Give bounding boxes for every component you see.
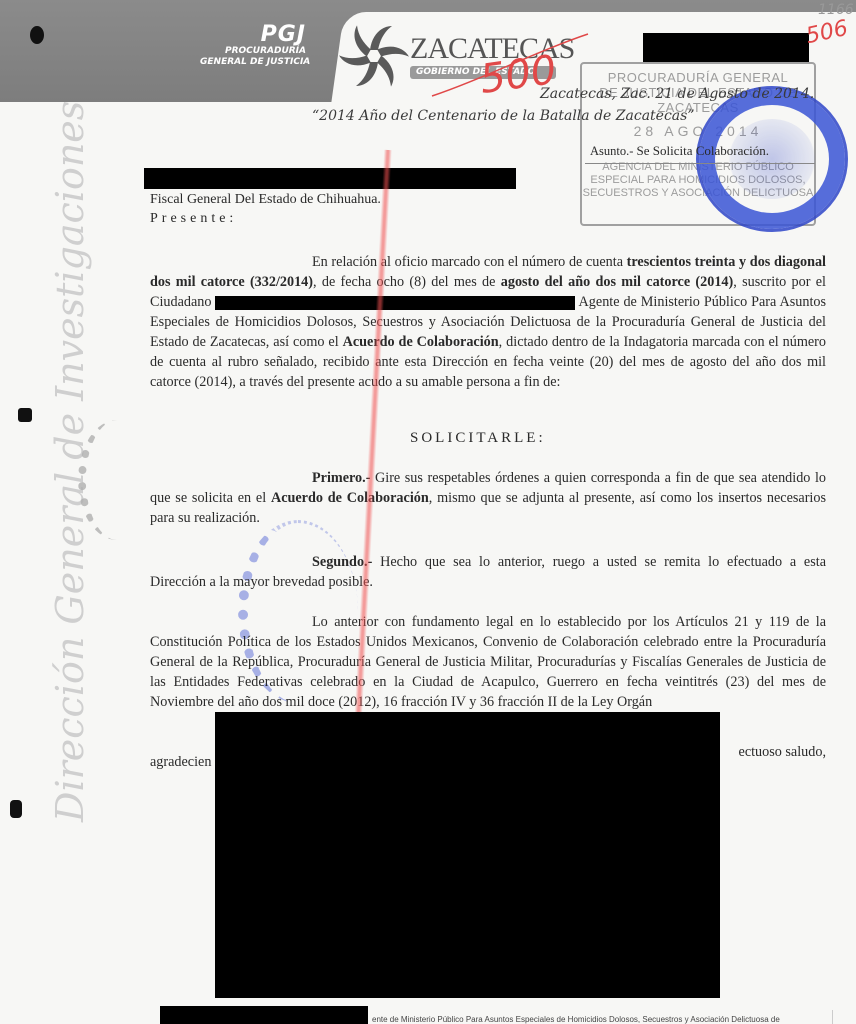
side-watermark: Dirección General de Investigaciones	[48, 262, 92, 822]
text: ectuoso saludo,	[739, 742, 826, 762]
subject-label: Asunto.-	[590, 144, 633, 158]
redaction-block	[144, 168, 516, 189]
punch-hole-mark	[10, 800, 22, 818]
text: Lo anterior con fundamento legal en lo e…	[150, 614, 826, 710]
text: agradecien	[150, 754, 211, 770]
handwritten-note: 1166	[818, 2, 854, 18]
text: Primero.-	[312, 470, 370, 486]
paragraph-first: Primero.- Gire sus respetables órdenes a…	[150, 468, 826, 528]
punch-hole-mark	[30, 26, 44, 44]
text: Acuerdo de Colaboración	[271, 490, 429, 506]
redaction-block	[215, 712, 720, 998]
swirl-emblem-icon	[338, 20, 410, 92]
pgj-logo-subtitle-1: PROCURADURÍA	[200, 46, 306, 57]
punch-hole-mark	[18, 408, 32, 422]
text: Hecho que sea lo anterior, ruego a usted…	[150, 554, 826, 590]
year-motto: “2014 Año del Centenario de la Batalla d…	[312, 108, 694, 124]
pgj-logo-title: PGJ	[200, 24, 306, 46]
redaction-block	[160, 1006, 368, 1024]
eagle-emblem-icon	[729, 119, 815, 199]
gray-seal-mark	[78, 420, 156, 540]
red-pen-stroke	[430, 30, 590, 100]
pgj-logo: PGJ PROCURADURÍA GENERAL DE JUSTICIA	[200, 24, 306, 68]
redaction-block	[643, 33, 809, 63]
footer-cc-text: ente de Ministerio Público Para Asuntos …	[372, 1015, 780, 1024]
document-page: PGJ PROCURADURÍA GENERAL DE JUSTICIA ZAC…	[0, 0, 856, 1024]
section-heading: SOLICITARLE:	[410, 430, 546, 447]
footer-rule	[832, 1010, 833, 1024]
text: Acuerdo de Colaboración	[343, 334, 499, 350]
paragraph-legal-basis: Lo anterior con fundamento legal en lo e…	[150, 612, 826, 712]
pgj-logo-subtitle-2: GENERAL DE JUSTICIA	[200, 57, 306, 68]
redaction-block	[215, 296, 575, 310]
court-seal	[696, 86, 848, 232]
text: En relación al oficio marcado con el núm…	[312, 254, 627, 270]
paragraph-second: Segundo.- Hecho que sea lo anterior, rue…	[150, 552, 826, 592]
text: , de fecha ocho (8) del mes de	[313, 274, 501, 290]
text: agosto del año dos mil catorce (2014)	[501, 274, 734, 290]
paragraph-intro: En relación al oficio marcado con el núm…	[150, 252, 826, 392]
subject-value: Se Solicita Colaboración.	[637, 143, 770, 158]
subject-underline	[585, 163, 815, 164]
subject-line: Asunto.- Se Solicita Colaboración.	[590, 143, 769, 159]
recipient-title: Fiscal General Del Estado de Chihuahua.	[150, 192, 381, 208]
stamp-line: PROCURADURÍA GENERAL	[582, 70, 814, 85]
salutation: Presente:	[150, 211, 237, 227]
